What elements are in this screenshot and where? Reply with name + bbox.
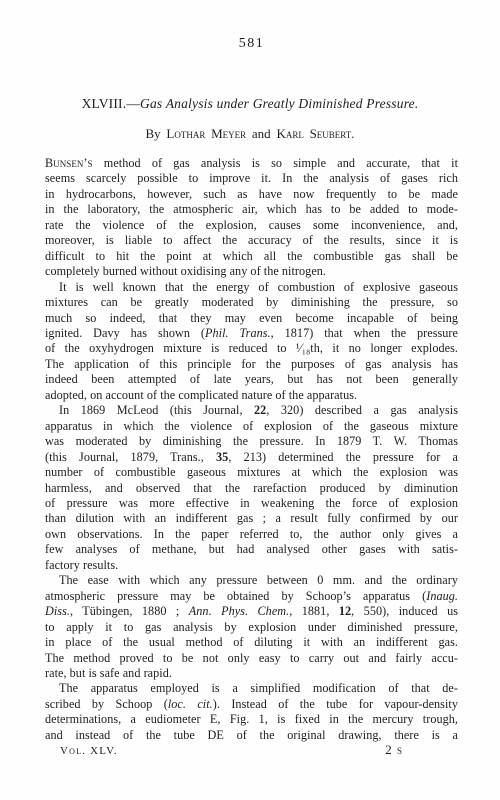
text-segment: seems scarcely possible to improve it. I…	[45, 171, 458, 185]
text-line: of pressure was more effective in weaken…	[45, 496, 458, 511]
text-line: The application of this principle for th…	[45, 357, 458, 372]
text-segment: than dilution with an indifferent gas ; …	[45, 511, 458, 525]
text-segment: mixtures can be greatly moderated by dim…	[45, 295, 458, 309]
text-segment: in hydrocarbons, however, such as have n…	[45, 187, 458, 201]
page-number: 581	[45, 36, 458, 52]
text-line: rate, but is safe and rapid.	[45, 666, 458, 681]
paragraph: In 1869 McLeod (this Journal, 22, 320) d…	[45, 403, 458, 573]
text-segment: XLVIII.—	[82, 96, 140, 111]
text-segment: method of gas analysis is so simple and …	[93, 156, 458, 170]
text-segment: Inaug.	[426, 589, 458, 603]
text-segment: 12	[339, 604, 351, 618]
text-segment: in the laboratory, the atmospheric air, …	[45, 202, 458, 216]
text-segment: By	[145, 126, 166, 141]
text-line: moreover, is liable to affect the accura…	[45, 233, 458, 248]
text-segment: ). Instead of the tube for vapour-densit…	[213, 697, 458, 711]
text-line: mixtures can be greatly moderated by dim…	[45, 295, 458, 310]
text-segment: 2	[385, 742, 397, 757]
text-segment: 35	[216, 450, 228, 464]
text-segment: In 1869 McLeod (this Journal,	[59, 403, 254, 417]
text-line: ignited. Davy has shown (Phil. Trans., 1…	[45, 326, 458, 341]
text-segment: number of combustible gaseous mixtures a…	[45, 465, 458, 479]
text-segment: Ann. Phys. Chem.	[189, 604, 289, 618]
text-segment: Gas Analysis under Greatly Diminished Pr…	[140, 96, 418, 111]
text-line: much so indeed, that they may even becom…	[45, 311, 458, 326]
text-segment: and	[246, 126, 276, 141]
text-line: harmless, and observed that the rarefact…	[45, 481, 458, 496]
text-line: The method proved to be not only easy to…	[45, 651, 458, 666]
text-segment: Karl Seubert	[276, 126, 351, 141]
text-segment: The application of this principle for th…	[45, 357, 458, 371]
text-line: was moderated by diminishing the pressur…	[45, 434, 458, 449]
article-body: Bunsen’s method of gas analysis is so si…	[45, 156, 458, 743]
text-line: number of combustible gaseous mixtures a…	[45, 465, 458, 480]
text-line: adopted, on account of the complicated n…	[45, 388, 458, 403]
signature-mark: 2 s	[385, 742, 403, 758]
text-segment: Phil. Trans.	[205, 326, 271, 340]
text-segment: completely burned without oxidising any …	[45, 264, 326, 278]
text-line: than dilution with an indifferent gas ; …	[45, 511, 458, 526]
text-segment: atmospheric pressure may be obtained by …	[45, 589, 426, 603]
text-line: Bunsen’s method of gas analysis is so si…	[45, 156, 458, 171]
text-line: The apparatus employed is a simplified m…	[45, 681, 458, 696]
text-line: in hydrocarbons, however, such as have n…	[45, 187, 458, 202]
text-line: difficult to hit the point at which all …	[45, 249, 458, 264]
text-segment: , 550), induced us	[351, 604, 458, 618]
text-segment: The ease with which any pressure between…	[59, 573, 458, 587]
text-segment: The apparatus employed is a simplified m…	[59, 681, 458, 695]
text-segment: much so indeed, that they may even becom…	[45, 311, 458, 325]
text-segment: , Tübingen, 1880 ;	[70, 604, 189, 618]
volume-label: Vol. XLV.	[60, 745, 118, 757]
text-segment: few analyses of methane, but had analyse…	[45, 542, 458, 556]
text-line: It is well known that the energy of comb…	[45, 280, 458, 295]
article-byline: By Lothar Meyer and Karl Seubert.	[0, 126, 500, 142]
text-segment: apparatus in which the violence of explo…	[45, 419, 458, 433]
text-line: of the oxyhydrogen mixture is reduced to…	[45, 341, 458, 356]
text-line: The ease with which any pressure between…	[45, 573, 458, 588]
text-segment: difficult to hit the point at which all …	[45, 249, 458, 263]
text-line: own observations. In the paper referred …	[45, 527, 458, 542]
text-segment: determinations, a eudiometer E, Fig. 1, …	[45, 712, 458, 726]
text-segment: 22	[254, 403, 266, 417]
text-segment: , 1817) that when the pressure	[271, 326, 458, 340]
text-segment: ignited. Davy has shown (	[45, 326, 205, 340]
text-segment: (this Journal, 1879, Trans.,	[45, 450, 216, 464]
text-segment: , 1881,	[289, 604, 339, 618]
paragraph: Bunsen’s method of gas analysis is so si…	[45, 156, 458, 280]
text-line: and instead of the tube DE of the origin…	[45, 728, 458, 743]
text-segment: , 320) described a gas analysis	[266, 403, 458, 417]
text-segment: indeed been attempted of late years, but…	[45, 372, 458, 386]
text-segment: of pressure was more effective in weaken…	[45, 496, 458, 510]
text-line: scribed by Schoop (loc. cit.). Instead o…	[45, 697, 458, 712]
text-segment: Diss.	[45, 604, 70, 618]
text-segment: , 213) determined the pressure for a	[228, 450, 458, 464]
text-segment: s	[397, 742, 403, 757]
text-line: rate the violence of the explosion, caus…	[45, 218, 458, 233]
text-segment: factory results.	[45, 558, 118, 572]
text-segment: moreover, is liable to affect the accura…	[45, 233, 458, 247]
text-line: few analyses of methane, but had analyse…	[45, 542, 458, 557]
text-segment: adopted, on account of the complicated n…	[45, 388, 357, 402]
text-segment: to apply it to gas analysis by explosion…	[45, 620, 458, 634]
text-segment: Bunsen’s	[45, 156, 93, 170]
paragraph: The apparatus employed is a simplified m…	[45, 681, 458, 743]
text-segment: Vol. XLV.	[60, 745, 118, 757]
text-line: to apply it to gas analysis by explosion…	[45, 620, 458, 635]
text-segment: .	[351, 126, 354, 141]
text-segment: rate, but is safe and rapid.	[45, 666, 172, 680]
text-line: completely burned without oxidising any …	[45, 264, 458, 279]
paragraph: The ease with which any pressure between…	[45, 573, 458, 681]
document-page: 581 XLVIII.—Gas Analysis under Greatly D…	[0, 0, 500, 800]
text-line: determinations, a eudiometer E, Fig. 1, …	[45, 712, 458, 727]
text-line: apparatus in which the violence of explo…	[45, 419, 458, 434]
page-footer: Vol. XLV. 2 s	[45, 742, 458, 758]
text-segment: rate the violence of the explosion, caus…	[45, 218, 458, 232]
text-line: (this Journal, 1879, Trans., 35, 213) de…	[45, 450, 458, 465]
text-line: factory results.	[45, 558, 458, 573]
text-segment: loc. cit.	[168, 697, 213, 711]
text-line: seems scarcely possible to improve it. I…	[45, 171, 458, 186]
text-segment: in place of the usual method of diluting…	[45, 635, 458, 649]
text-segment: harmless, and observed that the rarefact…	[45, 481, 458, 495]
text-segment: scribed by Schoop (	[45, 697, 168, 711]
text-segment: was moderated by diminishing the pressur…	[45, 434, 458, 448]
text-segment: of the oxyhydrogen mixture is reduced to…	[45, 341, 458, 355]
text-segment: Lothar Meyer	[166, 126, 246, 141]
text-segment: own observations. In the paper referred …	[45, 527, 458, 541]
text-line: In 1869 McLeod (this Journal, 22, 320) d…	[45, 403, 458, 418]
text-segment: and instead of the tube DE of the origin…	[45, 728, 458, 742]
text-segment: It is well known that the energy of comb…	[59, 280, 458, 294]
paragraph: It is well known that the energy of comb…	[45, 280, 458, 404]
text-line: in place of the usual method of diluting…	[45, 635, 458, 650]
text-segment: The method proved to be not only easy to…	[45, 651, 458, 665]
text-line: in the laboratory, the atmospheric air, …	[45, 202, 458, 217]
text-line: indeed been attempted of late years, but…	[45, 372, 458, 387]
text-line: Diss., Tübingen, 1880 ; Ann. Phys. Chem.…	[45, 604, 458, 619]
article-title: XLVIII.—Gas Analysis under Greatly Dimin…	[0, 96, 500, 112]
text-line: atmospheric pressure may be obtained by …	[45, 589, 458, 604]
